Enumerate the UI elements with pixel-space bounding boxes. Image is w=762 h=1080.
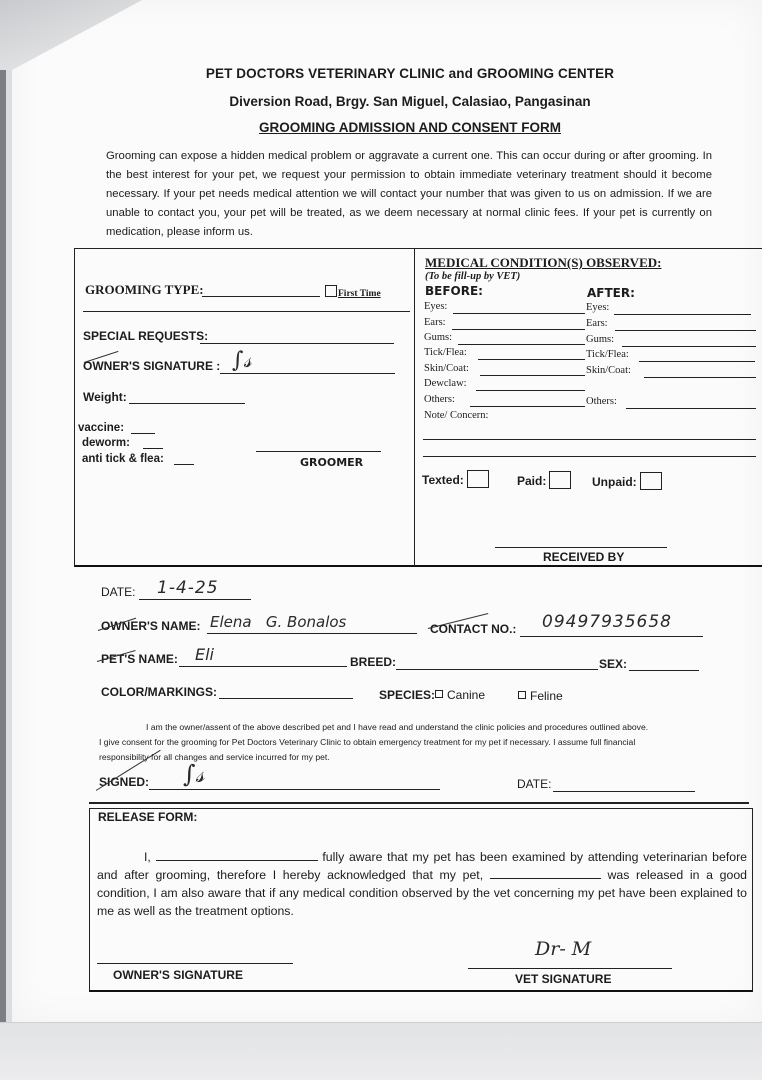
feline-label: Feline xyxy=(530,689,563,703)
paid-label: Paid: xyxy=(517,474,546,488)
before-heading: BEFORE: xyxy=(425,284,483,298)
received-by-line[interactable] xyxy=(495,547,667,548)
before-field-input[interactable] xyxy=(453,313,585,314)
after-field-label: Others: xyxy=(586,396,617,407)
before-field-input[interactable] xyxy=(458,344,585,345)
before-field-label: Dewclaw: xyxy=(424,378,467,389)
section-divider xyxy=(89,802,749,804)
breed-field[interactable] xyxy=(396,669,598,670)
date-value[interactable]: 1-4-25 xyxy=(157,578,219,598)
feline-checkbox[interactable] xyxy=(518,691,526,699)
before-field-input[interactable] xyxy=(480,375,585,376)
note-concern-line-1[interactable] xyxy=(423,439,756,440)
after-field-input[interactable] xyxy=(639,361,755,362)
consent-line-2: I give consent for the grooming for Pet … xyxy=(99,735,709,750)
special-requests-label: SPECIAL REQUESTS: xyxy=(83,329,208,343)
paid-option[interactable]: Paid: xyxy=(517,471,571,489)
species-option-canine[interactable]: Canine xyxy=(435,688,485,702)
owner-signature-field[interactable] xyxy=(220,373,395,374)
grooming-type-label: GROOMING TYPE: xyxy=(85,282,204,298)
sex-field[interactable] xyxy=(629,670,699,671)
paid-checkbox[interactable] xyxy=(549,471,571,489)
unpaid-label: Unpaid: xyxy=(592,475,637,489)
after-field-input[interactable] xyxy=(644,377,756,378)
owner-name-value[interactable]: Elena G. Bonalos xyxy=(210,613,346,631)
medical-conditions-title: MEDICAL CONDITION(S) OBSERVED: xyxy=(425,255,661,271)
before-field-input[interactable] xyxy=(478,359,585,360)
grooming-type-continuation-line[interactable] xyxy=(83,311,410,312)
contact-field[interactable] xyxy=(520,636,703,637)
before-field-label: Gums: xyxy=(424,332,452,343)
groomer-signature-line[interactable] xyxy=(256,451,381,452)
clinic-name: PET DOCTORS VETERINARY CLINIC and GROOMI… xyxy=(0,66,762,81)
admission-box-divider xyxy=(414,248,415,566)
release-owner-name-field[interactable] xyxy=(156,860,318,861)
received-by-label: RECEIVED BY xyxy=(543,550,624,564)
first-time-option[interactable]: First Time xyxy=(325,285,381,299)
after-field-label: Gums: xyxy=(586,334,614,345)
before-field-label: Others: xyxy=(424,394,455,405)
texted-checkbox[interactable] xyxy=(467,470,489,488)
consent-line-1: I am the owner/assent of the above descr… xyxy=(99,720,709,735)
after-heading: AFTER: xyxy=(587,286,635,300)
vet-signature-value: Dr- M xyxy=(535,938,591,960)
scanner-edge xyxy=(0,70,6,1080)
texted-label: Texted: xyxy=(422,473,464,487)
color-markings-label: COLOR/MARKINGS: xyxy=(101,685,217,699)
color-markings-field[interactable] xyxy=(219,698,353,699)
after-field-label: Eyes: xyxy=(586,302,609,313)
before-field-label: Eyes: xyxy=(424,301,447,312)
first-time-checkbox[interactable] xyxy=(325,285,337,297)
after-field-input[interactable] xyxy=(622,346,756,347)
after-field-input[interactable] xyxy=(626,408,756,409)
species-label: SPECIES: xyxy=(379,688,435,702)
consent-signature-mark: ∫𝓈 xyxy=(183,760,204,788)
groomer-label: GROOMER xyxy=(300,456,363,469)
weight-label: Weight: xyxy=(83,390,127,404)
after-field-input[interactable] xyxy=(614,314,751,315)
note-concern-label: Note/ Concern: xyxy=(424,410,488,421)
unpaid-option[interactable]: Unpaid: xyxy=(592,472,662,490)
date-field[interactable] xyxy=(139,599,251,600)
release-pet-name-field[interactable] xyxy=(490,878,601,879)
special-requests-field[interactable] xyxy=(200,343,394,344)
release-owner-signature-line[interactable] xyxy=(97,963,293,964)
sex-label: SEX: xyxy=(599,657,627,671)
unpaid-checkbox[interactable] xyxy=(640,472,662,490)
species-option-feline[interactable]: Feline xyxy=(518,689,563,703)
owner-signature-mark: ∫𝓈 xyxy=(232,348,252,373)
deworm-field[interactable] xyxy=(143,448,163,449)
owner-name-field[interactable] xyxy=(207,633,417,634)
release-statement: I, fully aware that my pet has been exam… xyxy=(97,848,747,920)
consent-date-label: DATE: xyxy=(517,777,551,791)
canine-label: Canine xyxy=(447,688,485,702)
scanner-bottom-strip xyxy=(0,1022,762,1080)
note-concern-line-2[interactable] xyxy=(423,456,756,457)
consent-date-field[interactable] xyxy=(553,791,695,792)
date-label: DATE: xyxy=(101,585,135,599)
intro-paragraph: Grooming can expose a hidden medical pro… xyxy=(106,147,712,242)
vaccine-label: vaccine: xyxy=(78,422,124,434)
pet-name-value[interactable]: Eli xyxy=(195,645,214,664)
before-field-label: Skin/Coat: xyxy=(424,363,469,374)
vet-signature-line[interactable] xyxy=(468,968,672,969)
after-field-label: Tick/Flea: xyxy=(586,349,629,360)
release-text-1: I, xyxy=(144,850,151,864)
before-field-input[interactable] xyxy=(470,406,585,407)
first-time-label: First Time xyxy=(338,289,381,299)
deworm-label: deworm: xyxy=(82,437,130,449)
signed-field[interactable] xyxy=(149,789,440,790)
medical-conditions-subtitle: (To be fill-up by VET) xyxy=(425,271,520,282)
before-field-input[interactable] xyxy=(452,329,585,330)
after-field-label: Ears: xyxy=(586,318,608,329)
breed-label: BREED: xyxy=(350,655,396,669)
vet-signature-label: VET SIGNATURE xyxy=(515,972,611,986)
owner-signature-label: OWNER'S SIGNATURE : xyxy=(83,359,220,373)
owner-name-label: OWNER'S NAME: xyxy=(101,619,201,633)
contact-value[interactable]: 09497935658 xyxy=(542,612,672,632)
grooming-type-field[interactable] xyxy=(202,296,320,297)
canine-checkbox[interactable] xyxy=(435,690,443,698)
clinic-address: Diversion Road, Brgy. San Miguel, Calasi… xyxy=(0,94,762,109)
before-field-label: Ears: xyxy=(424,317,446,328)
after-field-label: Skin/Coat: xyxy=(586,365,631,376)
before-field-label: Tick/Flea: xyxy=(424,347,467,358)
weight-field[interactable] xyxy=(129,403,245,404)
release-owner-signature-label: OWNER'S SIGNATURE xyxy=(113,968,243,982)
vaccine-field[interactable] xyxy=(131,433,155,434)
after-field-input[interactable] xyxy=(615,330,756,331)
anti-tick-flea-label: anti tick & flea: xyxy=(82,453,164,465)
anti-tick-flea-field[interactable] xyxy=(174,464,194,465)
texted-option[interactable]: Texted: xyxy=(422,470,489,488)
pet-name-field[interactable] xyxy=(179,666,347,667)
pet-name-label: PET'S NAME: xyxy=(101,652,178,666)
consent-statement: I am the owner/assent of the above descr… xyxy=(99,720,709,765)
release-form-title: RELEASE FORM: xyxy=(98,810,197,824)
before-field-input[interactable] xyxy=(476,390,585,391)
form-title: GROOMING ADMISSION AND CONSENT FORM xyxy=(0,120,762,135)
